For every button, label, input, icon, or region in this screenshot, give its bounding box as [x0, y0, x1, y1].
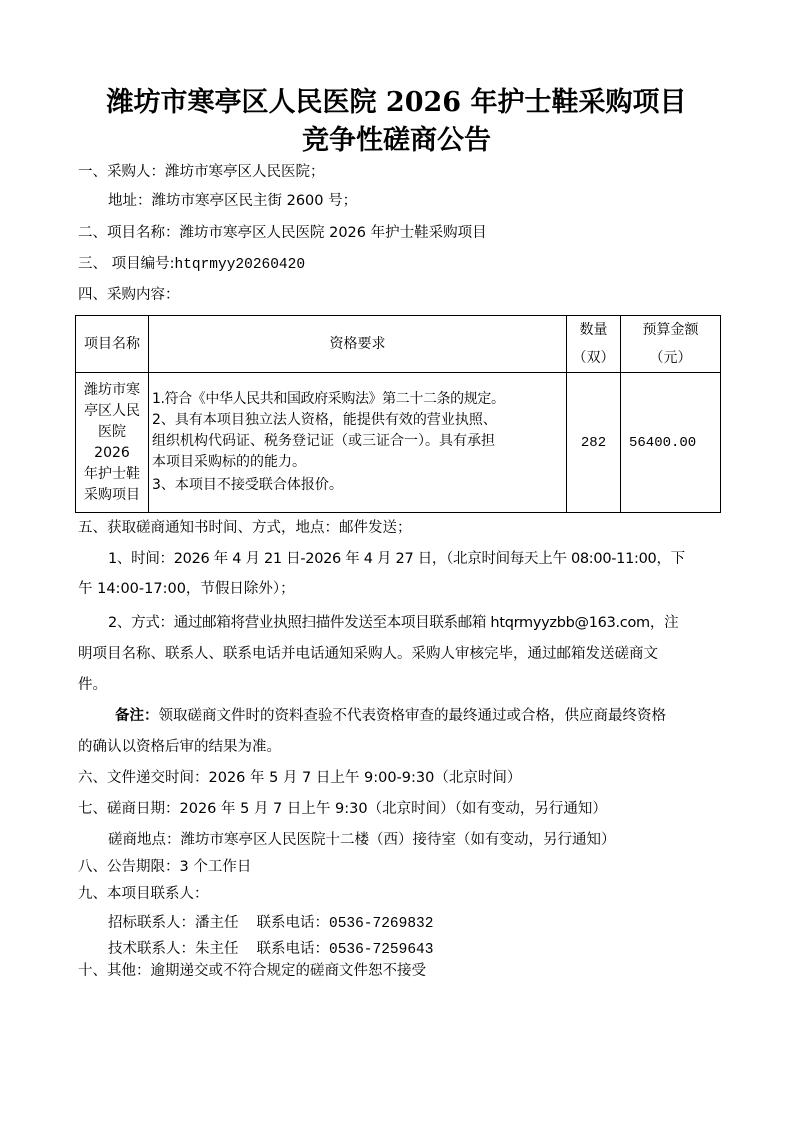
header-budget-unit: （元）	[621, 344, 720, 372]
requirement-line: 2、具有本项目独立法人资格，能提供有效的营业执照、	[152, 410, 563, 431]
contact-bidding: 招标联系人：潘主任联系电话：0536-7269832	[108, 914, 433, 933]
requirement-line: 本项目采购标的的能力。	[152, 452, 563, 473]
project-code-value: htqrmyy20260420	[175, 257, 306, 273]
header-budget: 预算金额 （元）	[621, 316, 721, 373]
purchaser-address: 地址：潍坊市寒亭区民主街 2600 号；	[108, 192, 357, 210]
note-label: 备注：	[115, 708, 159, 724]
obtain-time-line-1: 1、时间：2026 年 4 月 21 日-2026 年 4 月 27 日，（北京…	[108, 550, 685, 568]
section-project-name: 二、项目名称：潍坊市寒亭区人民医院 2026 年护士鞋采购项目	[78, 224, 487, 242]
cell-project-name: 潍坊市寒 亭区人民 医院 2026 年护士鞋 采购项目	[76, 373, 149, 513]
note-line-1: 备注：领取磋商文件时的资料查验不代表资格审查的最终通过或合格，供应商最终资格	[115, 707, 666, 725]
name-line: 年护士鞋	[80, 464, 144, 485]
section-obtain-docs: 五、获取磋商通知书时间、方式，地点：邮件发送；	[78, 519, 412, 537]
title-line-2: 竞争性磋商公告	[0, 118, 793, 157]
name-line: 医院 2026	[80, 422, 144, 464]
cell-budget: 56400.00	[621, 373, 721, 513]
name-line: 亭区人民	[80, 401, 144, 422]
section-submission-time: 六、文件递交时间：2026 年 5 月 7 日上午 9:00-9:30（北京时间…	[78, 769, 521, 787]
section-procurement-content: 四、采购内容：	[78, 286, 180, 304]
header-quantity-label: 数量	[567, 316, 620, 344]
section-contacts: 九、本项目联系人：	[78, 885, 209, 903]
note-text: 领取磋商文件时的资料查验不代表资格审查的最终通过或合格，供应商最终资格	[159, 708, 667, 724]
table-header-row: 项目名称 资格要求 数量 （双） 预算金额 （元）	[76, 316, 721, 373]
cell-quantity: 282	[567, 373, 621, 513]
section-negotiation-date: 七、磋商日期：2026 年 5 月 7 日上午 9:30（北京时间）（如有变动，…	[78, 800, 607, 818]
contact-phone-label: 联系电话：	[257, 941, 330, 957]
name-line: 采购项目	[80, 485, 144, 506]
section-other: 十、其他：逾期递交或不符合规定的磋商文件恕不接受	[78, 962, 426, 980]
table-row: 潍坊市寒 亭区人民 医院 2026 年护士鞋 采购项目 1.符合《中华人民共和国…	[76, 373, 721, 513]
obtain-method-line-1: 2、方式：通过邮箱将营业执照扫描件发送至本项目联系邮箱 htqrmyyzbb@1…	[108, 614, 678, 632]
header-project-name: 项目名称	[76, 316, 149, 373]
section-notice-period: 八、公告期限：3 个工作日	[78, 858, 251, 876]
requirement-line: 组织机构代码证、税务登记证（或三证合一）。具有承担	[152, 431, 563, 452]
section-project-code: 三、 项目编号:htqrmyy20260420	[78, 255, 305, 274]
section-purchaser: 一、采购人：潍坊市寒亭区人民医院；	[78, 163, 325, 181]
obtain-method-line-2: 明项目名称、联系人、联系电话并电话通知采购人。采购人审核完毕，通过邮箱发送磋商文	[78, 645, 658, 663]
contact-technical: 技术联系人：朱主任联系电话：0536-7259643	[108, 940, 433, 959]
procurement-table: 项目名称 资格要求 数量 （双） 预算金额 （元） 潍坊市寒 亭区人民 医院 2…	[75, 315, 721, 513]
name-line: 潍坊市寒	[80, 380, 144, 401]
title-line-1: 潍坊市寒亭区人民医院 2026 年护士鞋采购项目	[0, 80, 793, 119]
requirement-line: 3、本项目不接受联合体报价。	[152, 475, 563, 496]
header-quantity-unit: （双）	[567, 344, 620, 372]
contact-phone: 0536-7259643	[329, 942, 433, 958]
header-budget-label: 预算金额	[621, 316, 720, 344]
contact-role: 招标联系人：潘主任	[108, 915, 239, 931]
header-quantity: 数量 （双）	[567, 316, 621, 373]
contact-role: 技术联系人：朱主任	[108, 941, 239, 957]
negotiation-location: 磋商地点：潍坊市寒亭区人民医院十二楼（西）接待室（如有变动，另行通知）	[108, 831, 616, 849]
contact-phone: 0536-7269832	[329, 916, 433, 932]
obtain-time-line-2: 午 14:00-17:00，节假日除外）；	[78, 580, 295, 598]
contact-phone-label: 联系电话：	[257, 915, 330, 931]
note-line-2: 的确认以资格后审的结果为准。	[78, 738, 281, 756]
header-requirements: 资格要求	[149, 316, 567, 373]
requirement-line: 1.符合《中华人民共和国政府采购法》第二十二条的规定。	[152, 389, 563, 410]
cell-requirements: 1.符合《中华人民共和国政府采购法》第二十二条的规定。 2、具有本项目独立法人资…	[149, 373, 567, 513]
obtain-method-line-3: 件。	[78, 676, 107, 694]
project-code-label: 三、 项目编号:	[78, 256, 175, 272]
